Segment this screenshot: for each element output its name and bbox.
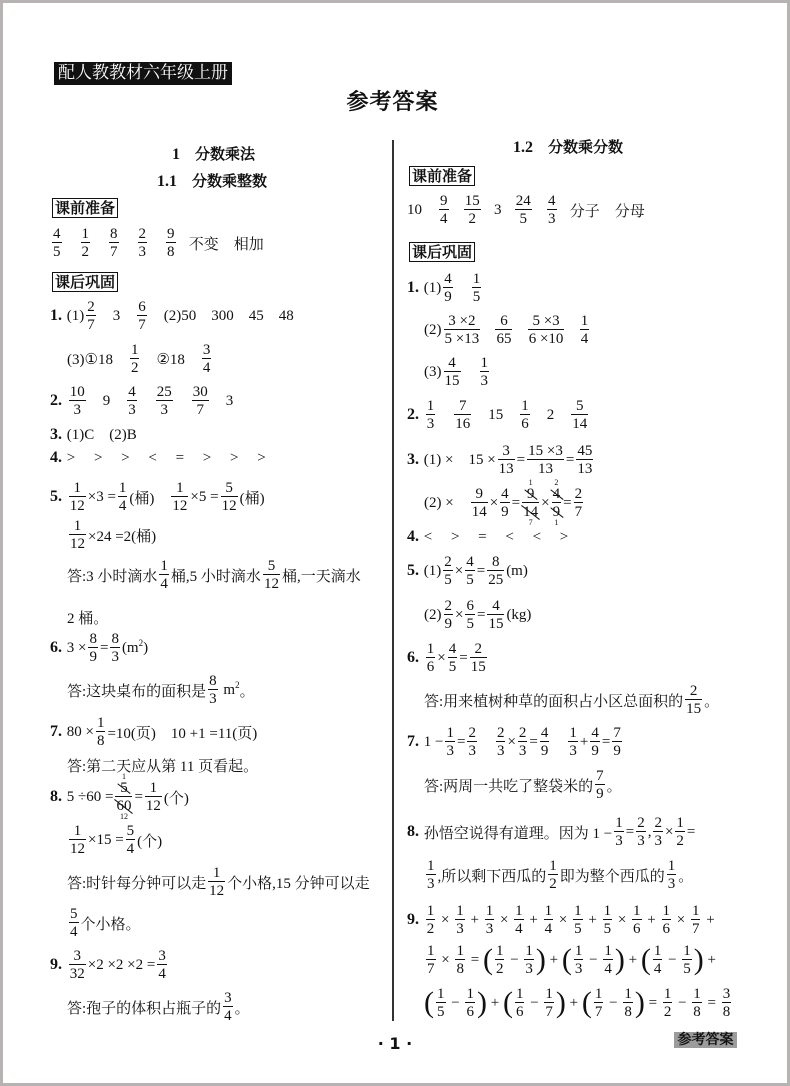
fraction-numerator: 1 bbox=[445, 726, 455, 740]
fraction: 215 bbox=[470, 642, 487, 674]
fraction-bar bbox=[515, 1002, 525, 1003]
fraction: 67 bbox=[137, 300, 147, 332]
fraction: 17 bbox=[594, 987, 604, 1019]
fraction-denominator: 7 bbox=[594, 1005, 604, 1019]
answer-text bbox=[92, 235, 107, 252]
answer-text: − bbox=[664, 952, 680, 969]
fraction-denominator: 6 bbox=[662, 922, 672, 936]
answer-text: 10 bbox=[407, 202, 437, 219]
fraction-bar bbox=[662, 919, 672, 920]
fraction-numerator: 8 bbox=[88, 632, 98, 646]
answer-text: = bbox=[477, 607, 485, 624]
answer-text: 5 ÷60 = bbox=[63, 789, 113, 806]
fraction-numerator: 4 bbox=[447, 356, 457, 370]
answer-text: ,所以剩下西瓜的 bbox=[438, 865, 547, 886]
fraction-bar bbox=[426, 919, 436, 920]
answer-text: + bbox=[702, 912, 714, 929]
fraction-denominator: 3 bbox=[667, 877, 677, 891]
fraction-denominator: 3 bbox=[426, 417, 436, 431]
fraction-denominator: 65 bbox=[495, 332, 512, 346]
fraction: 13 bbox=[426, 859, 436, 891]
fraction-bar bbox=[691, 919, 701, 920]
answer-line: (2)3 ×25 ×13 665 5 ×36 ×10 14 bbox=[424, 313, 591, 347]
fraction-bar bbox=[455, 919, 465, 920]
fraction-numerator: 2 bbox=[138, 227, 148, 241]
fraction-denominator: 25 bbox=[487, 573, 504, 587]
answer-text: (桶) bbox=[129, 487, 169, 508]
fraction-bar bbox=[498, 459, 515, 460]
fraction-denominator: 7 bbox=[691, 922, 701, 936]
fraction-numerator: 1 bbox=[149, 781, 159, 795]
fraction: 13 bbox=[667, 859, 677, 891]
answer-text: + bbox=[467, 912, 483, 929]
answer-text: × bbox=[455, 563, 463, 580]
fraction-bar bbox=[663, 1002, 673, 1003]
fraction: 43 bbox=[547, 194, 557, 226]
fraction-bar bbox=[263, 574, 280, 575]
answer-line: 112×24 =2(桶) bbox=[67, 518, 156, 552]
answer-line: (2) × 914×49=19147×2491=27 bbox=[424, 486, 585, 520]
left-paren: ( bbox=[483, 943, 493, 977]
fraction-bar bbox=[496, 741, 506, 742]
fraction-bar bbox=[612, 741, 622, 742]
fraction-denominator: 4 bbox=[653, 962, 663, 976]
answer-line: 1. (1)27 3 67 (2)50 300 45 48 bbox=[50, 299, 294, 333]
fraction: 512 bbox=[263, 559, 280, 591]
fraction-bar bbox=[443, 287, 453, 288]
answer-text: ×5 = bbox=[190, 489, 218, 506]
fraction: 514 bbox=[571, 399, 588, 431]
fraction: 49 bbox=[500, 487, 510, 519]
fraction: 45 bbox=[52, 227, 62, 259]
fraction-numerator: 1 bbox=[682, 944, 692, 958]
answer-text: =10(页) 10 +1 =11(页) bbox=[107, 722, 257, 743]
answer-text bbox=[437, 407, 452, 424]
fraction-numerator: 2 bbox=[518, 726, 528, 740]
answer-text: 个小格。 bbox=[81, 913, 141, 934]
fraction-denominator: 8 bbox=[166, 245, 176, 259]
fraction-denominator: 4 bbox=[514, 922, 524, 936]
fraction-denominator: 2 bbox=[495, 962, 505, 976]
fraction-numerator: 1 bbox=[574, 944, 584, 958]
question-number: 5. bbox=[407, 562, 419, 580]
right-paren: ) bbox=[694, 943, 704, 977]
fraction-denominator: 7 bbox=[426, 962, 436, 976]
fraction: 79 bbox=[595, 769, 605, 801]
fraction-bar bbox=[118, 496, 128, 497]
answer-text: 。 bbox=[678, 865, 693, 886]
answer-text: 答:第二天应从第 11 页看起。 bbox=[67, 755, 258, 776]
fraction-numerator: 1 bbox=[524, 944, 534, 958]
answer-text: 答:两周一共吃了整袋米的 bbox=[424, 775, 593, 796]
right-paren: ) bbox=[635, 986, 645, 1020]
fraction-bar bbox=[487, 614, 504, 615]
fraction-bar bbox=[470, 657, 487, 658]
answer-text: (1) bbox=[63, 308, 84, 325]
fraction-numerator: 2 bbox=[467, 726, 477, 740]
answer-text bbox=[482, 322, 493, 339]
fraction: 14 bbox=[118, 481, 128, 513]
answer-line: 4. < > = < < > bbox=[407, 520, 568, 554]
answer-text: × bbox=[455, 607, 463, 624]
fraction: 23 bbox=[496, 726, 506, 758]
fraction-numerator: 2 bbox=[86, 300, 96, 314]
fraction-bar bbox=[445, 741, 455, 742]
fraction-bar bbox=[594, 1002, 604, 1003]
fraction-numerator: 1 bbox=[594, 987, 604, 1001]
footer-section-tag: 参考答案 bbox=[674, 1032, 737, 1048]
answer-text: × bbox=[665, 824, 673, 841]
answer-text: × bbox=[496, 912, 512, 929]
answer-text: (个) bbox=[164, 787, 189, 808]
answer-text: 孙悟空说得有道理。因为 1 − bbox=[420, 822, 612, 843]
right-paren: ) bbox=[536, 943, 546, 977]
answer-line: 2 桶。 bbox=[67, 600, 108, 634]
fraction-numerator: 3 bbox=[722, 987, 732, 1001]
fraction: 17 bbox=[426, 944, 436, 976]
fraction-bar bbox=[485, 919, 495, 920]
fraction-bar bbox=[130, 358, 140, 359]
fraction-denominator: 6 bbox=[426, 660, 436, 674]
answer-line: 2. 103 9 43 253 307 3 bbox=[50, 384, 233, 418]
answer-line: (2)29×65=415(kg) bbox=[424, 598, 531, 632]
fraction-numerator: 1 bbox=[653, 944, 663, 958]
answer-text: = bbox=[517, 452, 525, 469]
answer-text bbox=[63, 393, 67, 410]
section-heading: 1.1分数乘整数 bbox=[157, 172, 267, 191]
fraction: 307 bbox=[192, 385, 209, 417]
fraction-denominator: 12 bbox=[221, 499, 238, 513]
fraction-numerator: 24 bbox=[515, 194, 532, 208]
answer-text: 即为整个西瓜的 bbox=[560, 865, 665, 886]
answer-text: 不变 相加 bbox=[178, 233, 264, 254]
answer-text bbox=[121, 235, 136, 252]
answer-text: × bbox=[614, 912, 630, 929]
answer-text: 3 bbox=[98, 308, 136, 325]
fraction-bar bbox=[548, 874, 558, 875]
fraction-numerator: 4 bbox=[540, 726, 550, 740]
fraction-denominator: 9 bbox=[444, 617, 454, 631]
fraction-denominator: 4 bbox=[223, 1009, 233, 1023]
fraction-bar bbox=[69, 839, 86, 840]
fraction: 16 bbox=[465, 987, 475, 1019]
fraction: 12 bbox=[663, 987, 673, 1019]
fraction-denominator: 5 bbox=[436, 1005, 446, 1019]
answer-text: × bbox=[490, 495, 498, 512]
fraction-bar bbox=[692, 1002, 702, 1003]
fraction-numerator: 1 bbox=[544, 987, 554, 1001]
answer-text: × bbox=[507, 734, 515, 751]
fraction-numerator: 4 bbox=[547, 194, 557, 208]
fraction: 54 bbox=[126, 824, 136, 856]
answer-text: = bbox=[467, 952, 483, 969]
fraction-denominator: 6 bbox=[520, 417, 530, 431]
answer-line: 4. > > > < = > > > bbox=[50, 441, 266, 475]
fraction-bar bbox=[88, 647, 98, 648]
answer-text: (kg) bbox=[506, 607, 531, 624]
answer-text: (m) bbox=[506, 563, 528, 580]
fraction-bar bbox=[576, 459, 593, 460]
fraction-numerator: 9 bbox=[439, 194, 449, 208]
fraction-denominator: 5 bbox=[519, 212, 529, 226]
fraction: 16 bbox=[632, 904, 642, 936]
fraction-numerator: 1 bbox=[73, 481, 83, 495]
left-paren: ( bbox=[503, 986, 513, 1020]
section-title: 分数乘整数 bbox=[192, 172, 267, 190]
fraction-bar bbox=[471, 502, 488, 503]
cancel-mark: 12 bbox=[120, 813, 128, 821]
fraction-numerator: 25 bbox=[156, 385, 173, 399]
fraction-denominator: 60 bbox=[115, 799, 132, 813]
fraction-denominator: 6 ×10 bbox=[528, 332, 565, 346]
fraction: 87 bbox=[109, 227, 119, 259]
fraction-numerator: 2 bbox=[689, 684, 699, 698]
fraction-denominator: 4 bbox=[157, 967, 167, 981]
fraction-bar bbox=[443, 570, 453, 571]
fraction-numerator: 3 bbox=[223, 991, 233, 1005]
fraction-denominator: 6 bbox=[515, 1005, 525, 1019]
fraction-numerator: 1 bbox=[548, 859, 558, 873]
fraction-numerator: 1 bbox=[96, 716, 106, 730]
answer-text: ×3 = bbox=[88, 489, 116, 506]
fraction-numerator: 2 bbox=[444, 599, 454, 613]
fraction-denominator: 3 bbox=[518, 744, 528, 758]
fraction: 15 bbox=[603, 904, 613, 936]
question-number: 2. bbox=[50, 392, 62, 410]
answer-line: 8. 孙悟空说得有道理。因为 1 −13=23,23×12= bbox=[407, 815, 695, 849]
fraction-numerator: 1 bbox=[514, 904, 524, 918]
fraction: 16 bbox=[520, 399, 530, 431]
fraction-numerator: 4 bbox=[552, 487, 562, 501]
fraction-bar bbox=[675, 831, 685, 832]
fraction-denominator: 4 bbox=[118, 499, 128, 513]
fraction-bar bbox=[623, 1002, 633, 1003]
answer-text: + bbox=[585, 912, 601, 929]
answer-text bbox=[451, 202, 462, 219]
fraction-bar bbox=[159, 574, 169, 575]
fraction: 103 bbox=[69, 385, 86, 417]
section-heading: 1.2分数乘分数 bbox=[513, 138, 623, 157]
fraction-denominator: 12 bbox=[69, 537, 86, 551]
answer-text: 15 bbox=[473, 407, 518, 424]
fraction-bar bbox=[426, 959, 436, 960]
question-number: 6. bbox=[407, 649, 419, 667]
fraction-numerator: 9 bbox=[526, 487, 536, 501]
fraction-bar bbox=[192, 400, 209, 401]
fraction-denominator: 12 bbox=[69, 842, 86, 856]
fraction-denominator: 2 bbox=[468, 212, 478, 226]
fraction-numerator: 1 bbox=[495, 944, 505, 958]
answer-text: = bbox=[645, 995, 661, 1012]
fraction-bar bbox=[580, 329, 590, 330]
fraction-bar bbox=[465, 1002, 475, 1003]
fraction: 49 bbox=[590, 726, 600, 758]
fraction: 15 bbox=[573, 904, 583, 936]
fraction-bar bbox=[552, 502, 562, 503]
answer-text: (桶) bbox=[240, 487, 265, 508]
fraction-numerator: 1 bbox=[573, 904, 583, 918]
answer-text: ×24 =2(桶) bbox=[88, 525, 156, 546]
answer-text bbox=[139, 393, 154, 410]
question-number: 1. bbox=[407, 279, 419, 297]
fraction-numerator: 1 bbox=[603, 904, 613, 918]
answer-text: 80 × bbox=[63, 724, 94, 741]
textbook-series-label: 配人教教材六年级上册 bbox=[54, 62, 232, 85]
fraction: 29 bbox=[444, 599, 454, 631]
fraction-denominator: 13 bbox=[498, 462, 515, 476]
fraction-numerator: 1 bbox=[485, 904, 495, 918]
fraction-bar bbox=[208, 881, 225, 882]
fraction: 665 bbox=[495, 314, 512, 346]
fraction-bar bbox=[515, 209, 532, 210]
question-number: 9. bbox=[407, 911, 419, 929]
fraction-numerator: 1 bbox=[515, 987, 525, 1001]
fraction-denominator: 7 bbox=[544, 1005, 554, 1019]
answer-text bbox=[63, 489, 67, 506]
fraction: 15 ×313 bbox=[527, 444, 564, 476]
answer-line: 答:两周一共吃了整袋米的79。 bbox=[424, 768, 622, 802]
answer-text: + bbox=[487, 995, 503, 1012]
answer-text: 答:用来植树种草的面积占小区总面积的 bbox=[424, 690, 683, 711]
left-paren: ( bbox=[641, 943, 651, 977]
fraction-denominator: 3 bbox=[467, 744, 477, 758]
fraction-numerator: 1 bbox=[426, 944, 436, 958]
answer-text: = bbox=[477, 563, 485, 580]
answer-text: − bbox=[674, 995, 690, 1012]
fraction-denominator: 2 bbox=[663, 1005, 673, 1019]
fraction: 18 bbox=[455, 944, 465, 976]
fraction-bar bbox=[528, 329, 565, 330]
answer-text: + bbox=[566, 995, 582, 1012]
fraction-bar bbox=[426, 874, 436, 875]
fraction-denominator: 9 bbox=[443, 290, 453, 304]
answer-text: + bbox=[704, 952, 716, 969]
fraction-denominator: 3 bbox=[426, 877, 436, 891]
fraction-numerator: 1 bbox=[568, 726, 578, 740]
fraction-bar bbox=[524, 959, 534, 960]
fraction-numerator: 3 bbox=[73, 949, 83, 963]
fraction-bar bbox=[544, 919, 554, 920]
fraction-denominator: 3 bbox=[485, 922, 495, 936]
fraction-numerator: 1 bbox=[663, 987, 673, 1001]
fraction-bar bbox=[454, 414, 471, 415]
fraction-bar bbox=[448, 657, 458, 658]
fraction: 14 bbox=[580, 314, 590, 346]
fraction-bar bbox=[110, 647, 120, 648]
fraction-bar bbox=[138, 242, 148, 243]
fraction-denominator: 7 bbox=[109, 245, 119, 259]
fraction-denominator: 3 bbox=[496, 744, 506, 758]
fraction: 14 bbox=[544, 904, 554, 936]
fraction: 43 bbox=[127, 385, 137, 417]
fraction-bar bbox=[522, 502, 539, 503]
fraction-bar bbox=[69, 964, 86, 965]
answer-line: 13,所以剩下西瓜的12即为整个西瓜的13。 bbox=[424, 858, 693, 892]
fraction-bar bbox=[465, 614, 475, 615]
question-number: 3. bbox=[407, 451, 419, 469]
fraction-numerator: 2 bbox=[473, 642, 483, 656]
fraction-numerator: 1 bbox=[436, 987, 446, 1001]
fraction-denominator: 4 bbox=[202, 361, 212, 375]
fraction-numerator: 3 bbox=[157, 949, 167, 963]
fraction: 49 bbox=[540, 726, 550, 758]
answer-text: 2 桶。 bbox=[67, 607, 108, 628]
fraction-denominator: 3 bbox=[568, 744, 578, 758]
fraction-numerator: 3 bbox=[501, 444, 511, 458]
fraction-bar bbox=[495, 329, 512, 330]
fraction-denominator: 3 bbox=[636, 834, 646, 848]
fraction-denominator: 5 bbox=[573, 922, 583, 936]
fraction-denominator: 9 bbox=[540, 744, 550, 758]
answer-text: , bbox=[648, 824, 652, 841]
fraction: 14 bbox=[159, 559, 169, 591]
fraction-numerator: 1 bbox=[455, 944, 465, 958]
fraction-numerator: 45 bbox=[576, 444, 593, 458]
fraction-denominator: 15 bbox=[470, 660, 487, 674]
fraction: 13 bbox=[614, 816, 624, 848]
fraction: 65 bbox=[465, 599, 475, 631]
fraction-bar bbox=[632, 919, 642, 920]
answer-text: m bbox=[220, 682, 235, 699]
answer-text: ×15 = bbox=[88, 832, 124, 849]
fraction-bar bbox=[574, 502, 584, 503]
fraction-bar bbox=[221, 496, 238, 497]
fraction-denominator: 8 bbox=[692, 1005, 702, 1019]
question-number: 9. bbox=[50, 956, 62, 974]
fraction-numerator: 7 bbox=[595, 769, 605, 783]
fraction-denominator: 4 bbox=[159, 577, 169, 591]
answer-text: 。 bbox=[704, 690, 719, 711]
answer-line: 54个小格。 bbox=[67, 906, 141, 940]
fraction-denominator: 9 bbox=[590, 744, 600, 758]
fraction-numerator: 1 bbox=[73, 519, 83, 533]
fraction-numerator: 1 bbox=[692, 987, 702, 1001]
fraction-numerator: 4 bbox=[443, 272, 453, 286]
answer-text: 答:这块桌布的面积是 bbox=[67, 680, 206, 701]
answer-text: (1) × 15 × bbox=[420, 452, 496, 469]
fraction-bar bbox=[208, 689, 218, 690]
fraction: 23 bbox=[518, 726, 528, 758]
fraction-numerator: 15 bbox=[464, 194, 481, 208]
answer-line: 7. 80 ×18=10(页) 10 +1 =11(页) bbox=[50, 715, 257, 749]
fraction-numerator: 9 bbox=[474, 487, 484, 501]
fraction-numerator: 15 ×3 bbox=[527, 444, 564, 458]
fraction: 13 bbox=[426, 399, 436, 431]
fraction-bar bbox=[96, 731, 106, 732]
fraction: 825 bbox=[487, 555, 504, 587]
right-paren: ) bbox=[556, 986, 566, 1020]
answer-line: 答:这块桌布的面积是83 m2。 bbox=[67, 673, 255, 707]
answer-text bbox=[566, 322, 577, 339]
fraction: 49 bbox=[443, 272, 453, 304]
fraction-denominator: 3 bbox=[524, 962, 534, 976]
fraction-denominator: 14 bbox=[471, 505, 488, 519]
fraction-numerator: 1 bbox=[632, 904, 642, 918]
fraction: 512 bbox=[221, 481, 238, 513]
answer-text: (3)①18 bbox=[67, 350, 128, 369]
answer-line: 17 × 18 = (12 − 13) + (13 − 14) + (14 − … bbox=[424, 943, 716, 977]
answer-text: 答:时针每分钟可以走 bbox=[67, 872, 206, 893]
chapter-title: 分数乘法 bbox=[195, 145, 255, 163]
fraction-numerator: 30 bbox=[192, 385, 209, 399]
fraction: 5 ×36 ×10 bbox=[528, 314, 565, 346]
answer-text: (m bbox=[122, 640, 139, 657]
fraction-bar bbox=[444, 329, 481, 330]
answer-line: 6. 16×45=215 bbox=[407, 641, 489, 675]
fraction-denominator: 4 bbox=[603, 962, 613, 976]
question-number: 6. bbox=[50, 639, 62, 657]
answer-text: 个小格,15 分钟可以走 bbox=[227, 872, 370, 893]
